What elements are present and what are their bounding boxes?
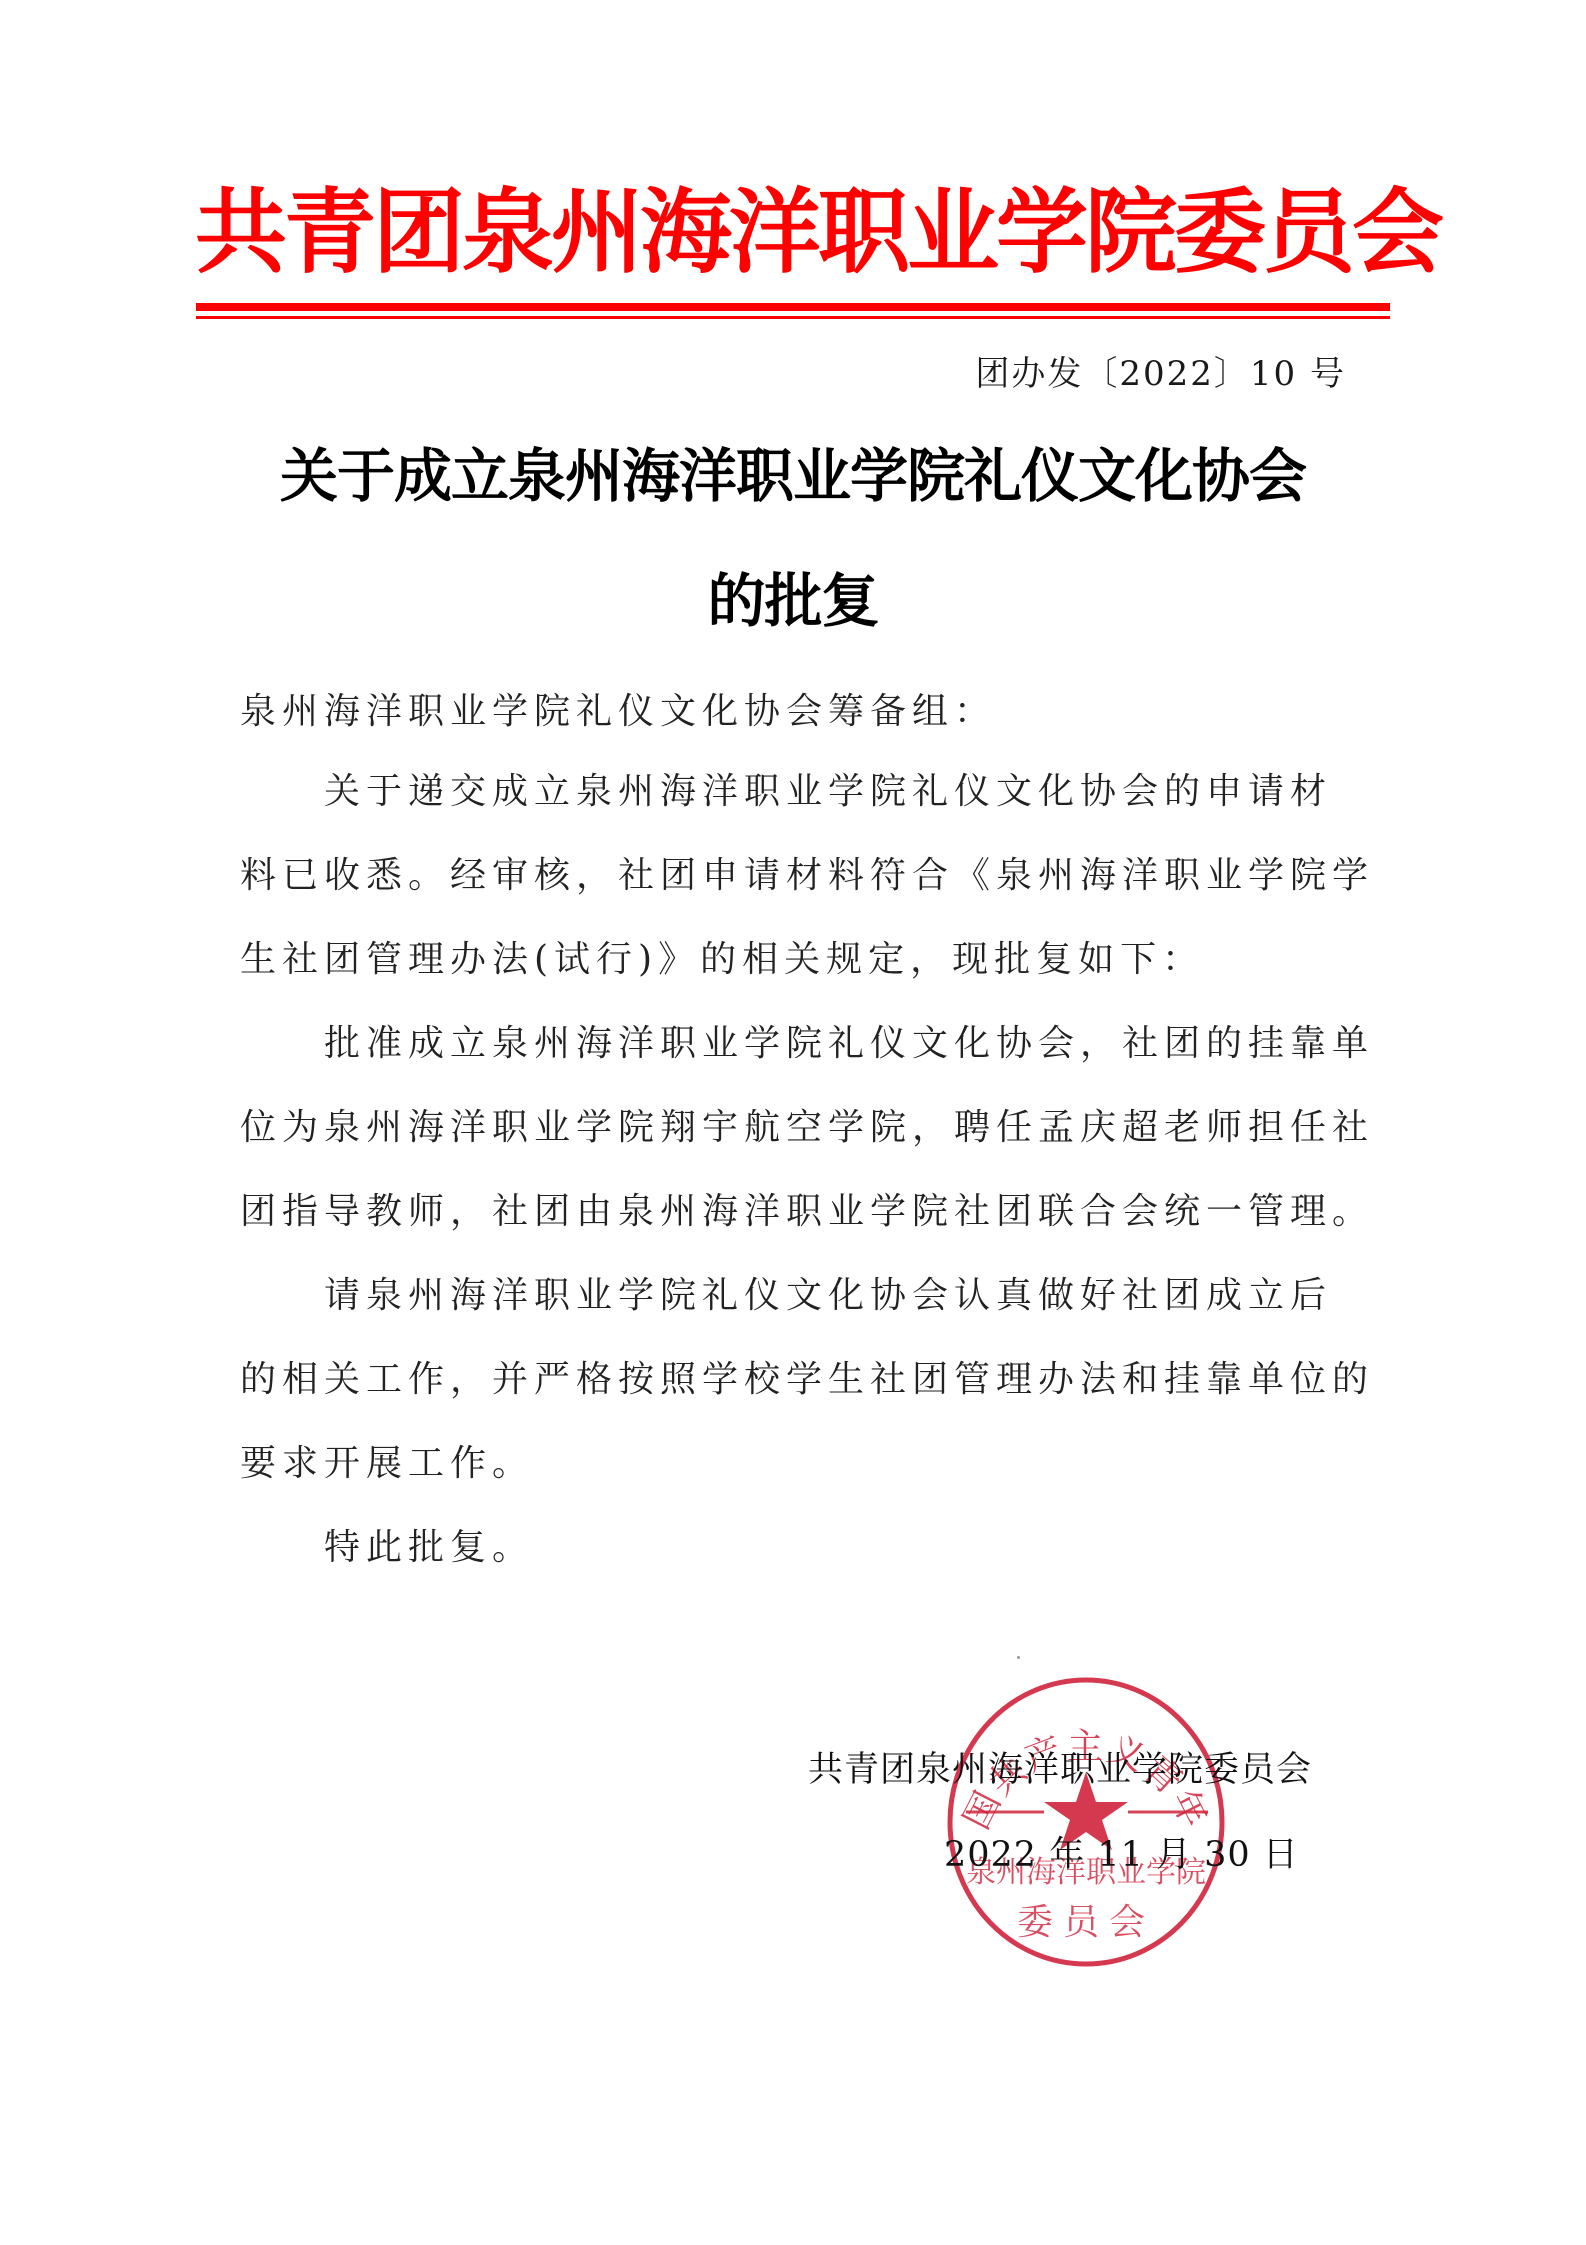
document-title-line1: 关于成立泉州海洋职业学院礼仪文化协会 xyxy=(0,440,1586,512)
signature-date: 2022 年 11 月 30 日 xyxy=(944,1830,1299,1880)
paragraph1-line: 关于递交成立泉州海洋职业学院礼仪文化协会的申请材 xyxy=(240,750,1434,834)
addressee: 泉州海洋职业学院礼仪文化协会筹备组： xyxy=(240,670,1350,754)
signature-issuer: 共青团泉州海洋职业学院委员会 xyxy=(808,1745,1312,1795)
paragraph1-line: 料已收悉。经审核，社团申请材料符合《泉州海洋职业学院学 xyxy=(240,834,1350,918)
official-seal: 中国共产主义青年团 泉州海洋职业学院 委员会 xyxy=(936,1672,1236,1972)
paragraph1-line: 生社团管理办法(试行)》的相关规定，现批复如下： xyxy=(240,918,1350,1002)
paragraph3-line: 要求开展工作。 xyxy=(240,1422,1350,1506)
paragraph3-line: 的相关工作，并严格按照学校学生社团管理办法和挂靠单位的 xyxy=(240,1338,1350,1422)
masthead-rule-thin xyxy=(196,316,1390,319)
paragraph3-line: 请泉州海洋职业学院礼仪文化协会认真做好社团成立后 xyxy=(240,1254,1434,1338)
scan-speck xyxy=(1017,1656,1020,1659)
closing-line: 特此批复。 xyxy=(240,1506,1434,1590)
paragraph2-line: 团指导教师，社团由泉州海洋职业学院社团联合会统一管理。 xyxy=(240,1170,1350,1254)
document-number: 团办发〔2022〕10 号 xyxy=(975,350,1346,398)
svg-text:委员会: 委员会 xyxy=(1017,1902,1155,1943)
seal-icon: 中国共产主义青年团 泉州海洋职业学院 委员会 xyxy=(936,1672,1236,1972)
masthead-rule-thick xyxy=(196,303,1390,311)
document-title-line2: 的批复 xyxy=(0,565,1586,637)
paragraph2-line: 位为泉州海洋职业学院翔宇航空学院，聘任孟庆超老师担任社 xyxy=(240,1086,1350,1170)
masthead-organization: 共青团泉州海洋职业学院委员会 xyxy=(195,172,1395,292)
paragraph2-line: 批准成立泉州海洋职业学院礼仪文化协会，社团的挂靠单 xyxy=(240,1002,1434,1086)
